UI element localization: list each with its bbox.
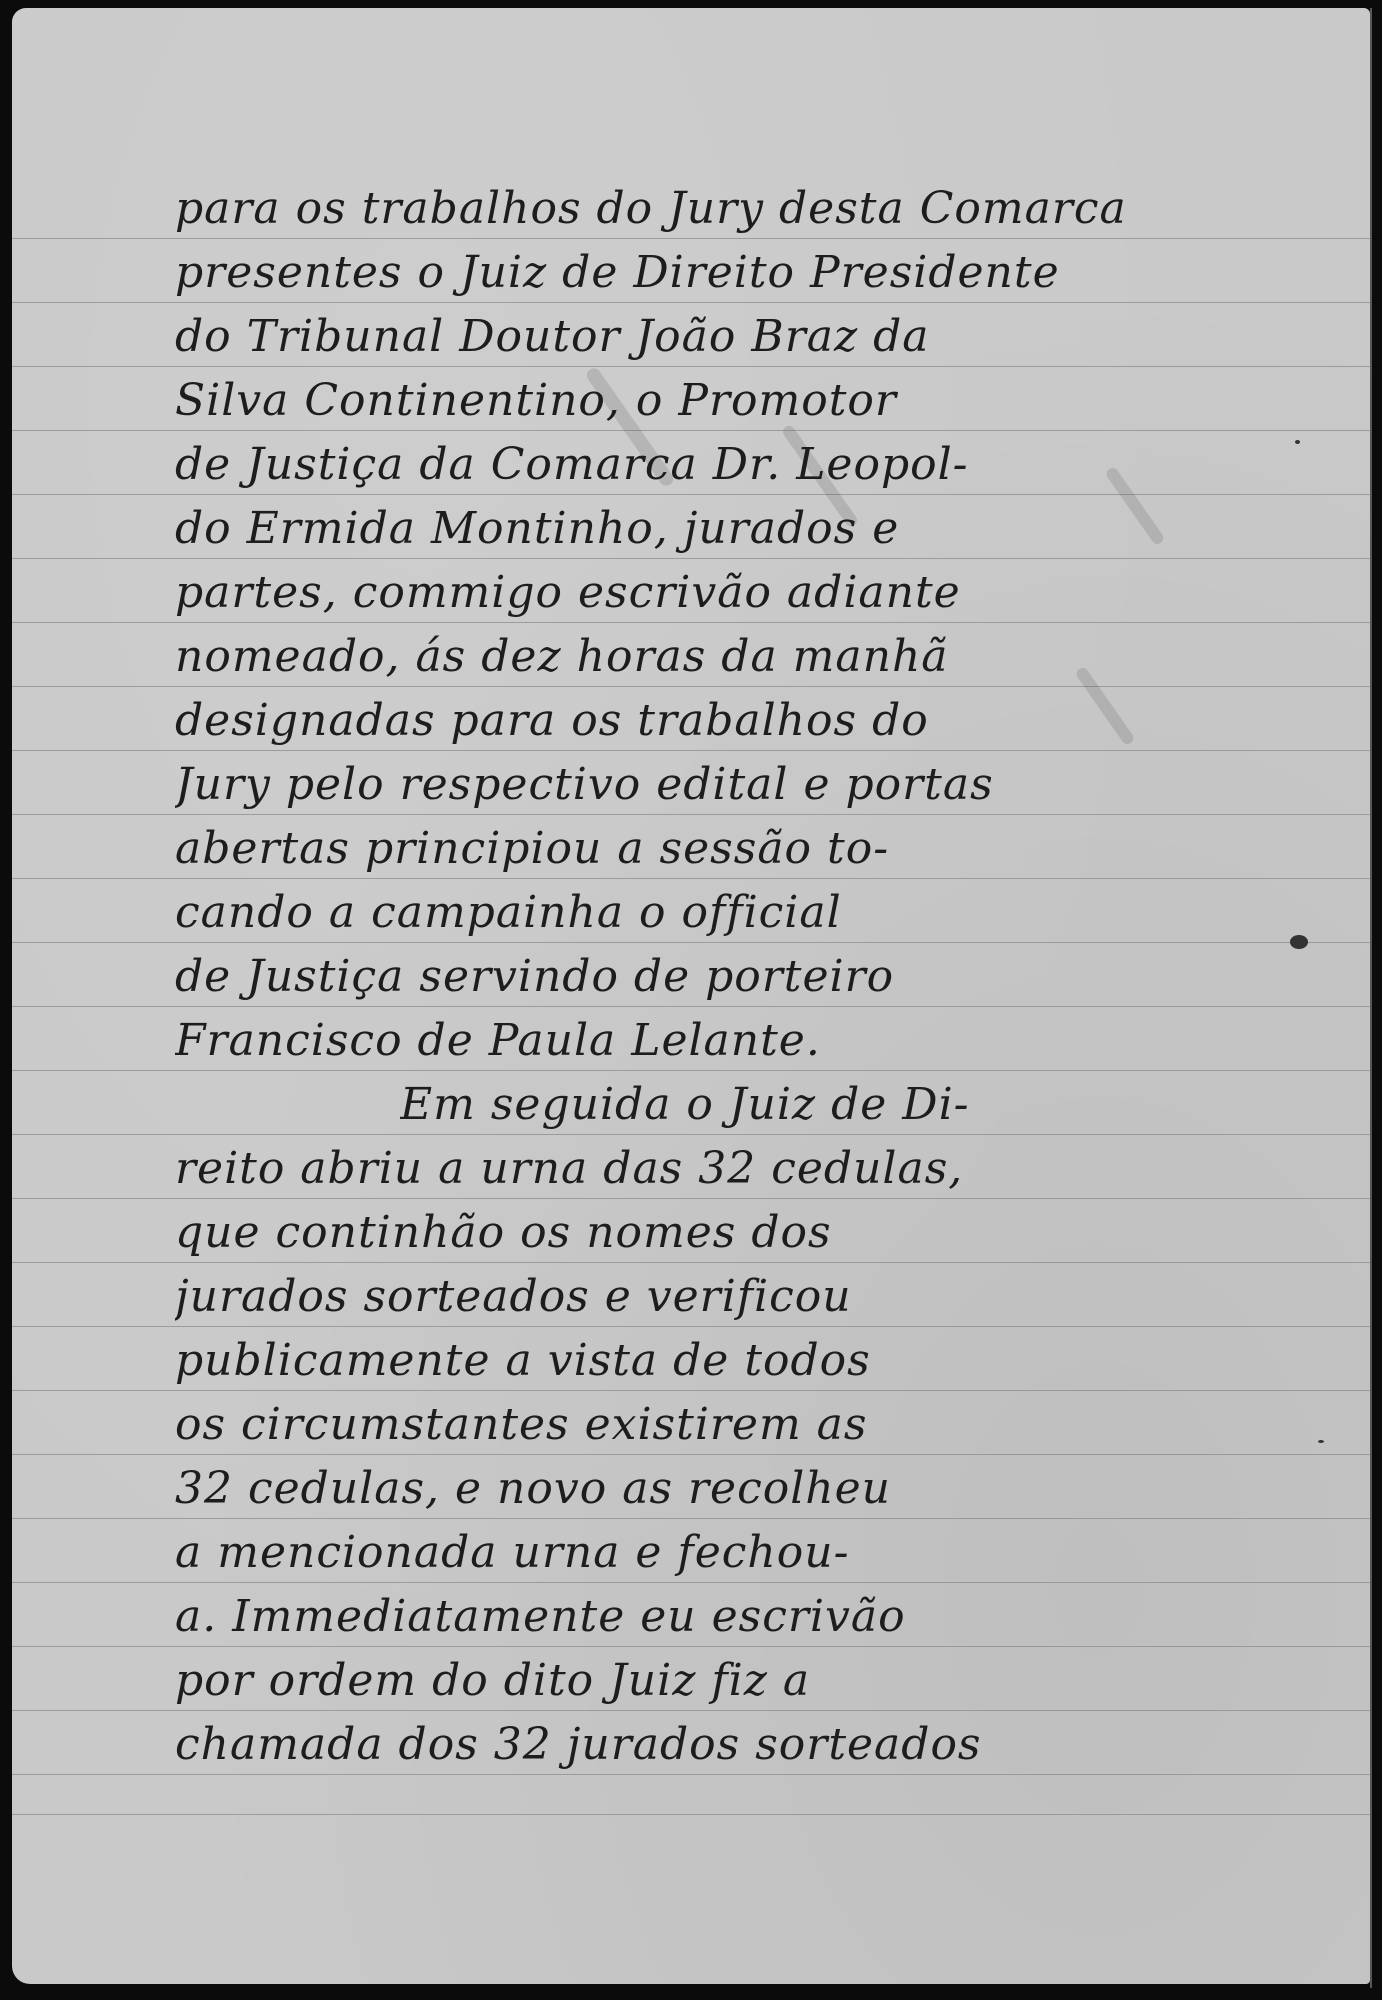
- text-line: por ordem do dito Juiz fiz a: [175, 1648, 1255, 1714]
- text-line: Silva Continentino, o Promotor: [175, 368, 1255, 434]
- text-line: de Justiça da Comarca Dr. Leopol-: [175, 432, 1255, 498]
- text-line: publicamente a vista de todos: [175, 1328, 1255, 1394]
- text-line-paragraph-start: Em seguida o Juiz de Di-: [400, 1072, 1260, 1138]
- text-line: chamada dos 32 jurados sorteados: [175, 1712, 1255, 1778]
- text-line: os circumstantes existirem as: [175, 1392, 1255, 1458]
- ink-speck: [1318, 1440, 1324, 1443]
- text-line: a mencionada urna e fechou-: [175, 1520, 1255, 1586]
- text-line: cando a campainha o official: [175, 880, 1255, 946]
- text-line: para os trabalhos do Jury desta Comarca: [175, 176, 1255, 242]
- text-line: a. Immediatamente eu escrivão: [175, 1584, 1255, 1650]
- ink-blot: [1290, 935, 1308, 949]
- text-line: Jury pelo respectivo edital e portas: [175, 752, 1255, 818]
- text-line: do Ermida Montinho, jurados e: [175, 496, 1255, 562]
- text-line: abertas principiou a sessão to-: [175, 816, 1255, 882]
- text-line: partes, commigo escrivão adiante: [175, 560, 1255, 626]
- text-line: nomeado, ás dez horas da manhã: [175, 624, 1255, 690]
- text-line: que continhão os nomes dos: [175, 1200, 1255, 1266]
- text-line: designadas para os trabalhos do: [175, 688, 1255, 754]
- rule-line: [12, 1814, 1370, 1815]
- text-line: 32 cedulas, e novo as recolheu: [175, 1456, 1255, 1522]
- text-line: de Justiça servindo de porteiro: [175, 944, 1255, 1010]
- text-line: presentes o Juiz de Direito Presidente: [175, 240, 1255, 306]
- text-line: jurados sorteados e verificou: [175, 1264, 1255, 1330]
- text-line: Francisco de Paula Lelante.: [175, 1008, 1255, 1074]
- ink-speck: [1295, 440, 1300, 444]
- text-line: do Tribunal Doutor João Braz da: [175, 304, 1255, 370]
- text-line: reito abriu a urna das 32 cedulas,: [175, 1136, 1255, 1202]
